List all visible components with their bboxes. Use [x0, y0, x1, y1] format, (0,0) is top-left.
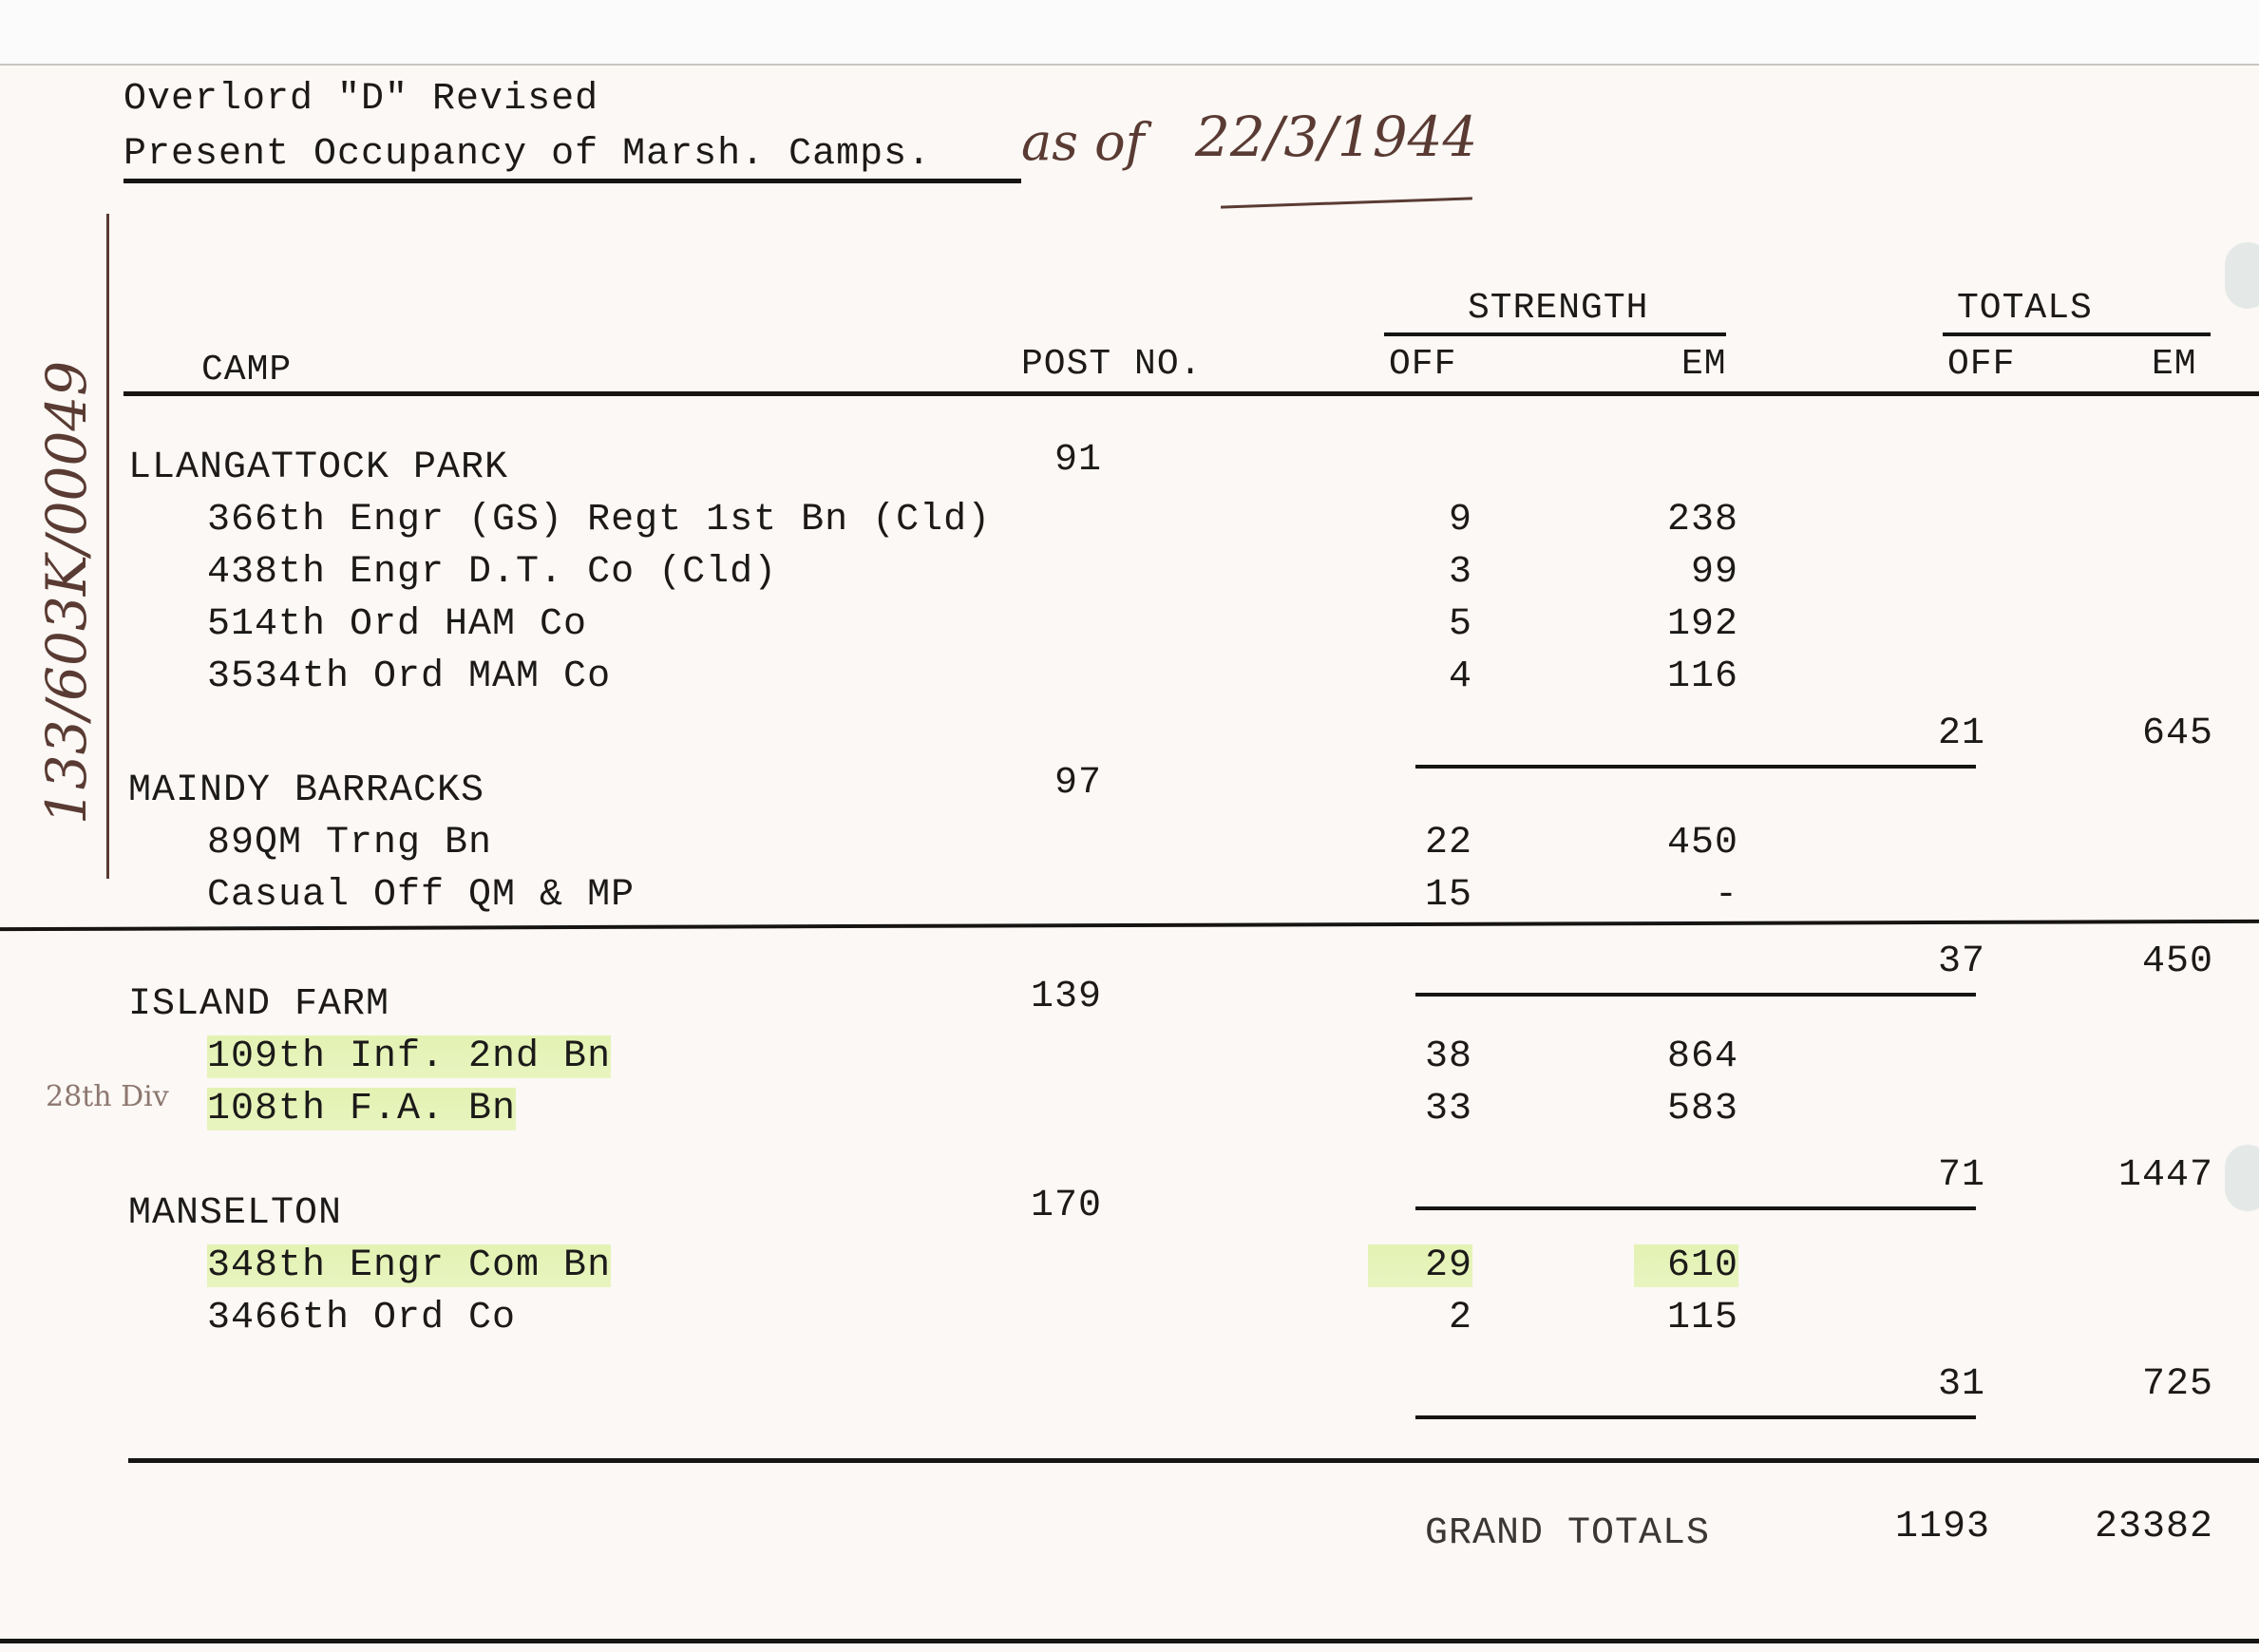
camp-post-no: 91	[988, 439, 1102, 482]
strength-underline	[1384, 332, 1726, 336]
unit-name: 108th F.A. Bn	[207, 1088, 516, 1130]
header-camp: CAMP	[201, 350, 292, 390]
camp-post-no: 170	[988, 1185, 1102, 1227]
unit-strength-em: 610	[1634, 1244, 1738, 1287]
unit-strength-off: 2	[1368, 1297, 1472, 1339]
totals-underline	[1943, 332, 2211, 336]
unit-name: 3534th Ord MAM Co	[207, 655, 611, 698]
subtotal-rule	[1415, 993, 1976, 997]
camp-name: ISLAND FARM	[128, 983, 389, 1026]
subtotal-rule	[1415, 765, 1976, 769]
unit-strength-em: 99	[1634, 551, 1738, 594]
unit-strength-off: 22	[1368, 822, 1472, 864]
unit-strength-em: 116	[1634, 655, 1738, 698]
grand-total-em: 23382	[2042, 1506, 2213, 1548]
bottom-rule	[0, 1639, 2259, 1643]
camp-name: LLANGATTOCK PARK	[128, 446, 508, 489]
unit-name: 366th Engr (GS) Regt 1st Bn (Cld)	[207, 499, 991, 541]
camp-total-em: 450	[2090, 940, 2213, 983]
unit-name: 438th Engr D.T. Co (Cld)	[207, 551, 777, 594]
hole-punch	[2225, 1145, 2259, 1211]
header-post-no: POST NO.	[1021, 344, 1202, 385]
camp-total-off: 31	[1871, 1363, 1985, 1406]
camp-total-off: 21	[1871, 712, 1985, 755]
unit-strength-off: 9	[1368, 499, 1472, 541]
document-subtitle: Present Occupancy of Marsh. Camps.	[123, 133, 931, 176]
unit-name: Casual Off QM & MP	[207, 874, 635, 917]
unit-name: 514th Ord HAM Co	[207, 603, 587, 646]
header-strength-em: EM	[1681, 344, 1727, 385]
header-rule	[123, 391, 2259, 396]
subtotal-rule	[1415, 1415, 1976, 1419]
title-underline	[123, 179, 1021, 183]
camp-total-em: 725	[2090, 1363, 2213, 1406]
camp-total-em: 645	[2090, 712, 2213, 755]
unit-name: 109th Inf. 2nd Bn	[207, 1035, 611, 1078]
camp-total-em: 1447	[2090, 1154, 2213, 1197]
unit-strength-em: 238	[1634, 499, 1738, 541]
margin-line	[106, 214, 109, 879]
header-totals-off: OFF	[1947, 344, 2015, 385]
unit-strength-em: -	[1634, 874, 1738, 917]
unit-strength-em: 192	[1634, 603, 1738, 646]
unit-strength-off: 5	[1368, 603, 1472, 646]
unit-strength-off: 4	[1368, 655, 1472, 698]
grand-totals-label: GRAND TOTALS	[1425, 1512, 1710, 1555]
camp-total-off: 37	[1871, 940, 1985, 983]
unit-strength-off: 3	[1368, 551, 1472, 594]
header-totals-em: EM	[2152, 344, 2197, 385]
header-strength-off: OFF	[1389, 344, 1456, 385]
unit-strength-off: 15	[1368, 874, 1472, 917]
unit-name: 3466th Ord Co	[207, 1297, 516, 1339]
unit-strength-em: 864	[1634, 1035, 1738, 1078]
unit-strength-em: 115	[1634, 1297, 1738, 1339]
subtotal-rule	[1415, 1206, 1976, 1210]
unit-name: 348th Engr Com Bn	[207, 1244, 611, 1287]
handwritten-as-of: as of	[1021, 112, 1145, 172]
camp-post-no: 97	[988, 762, 1102, 805]
header-totals: TOTALS	[1957, 288, 2093, 329]
handwritten-date: 22/3/1944	[1195, 104, 1477, 169]
unit-strength-off: 38	[1368, 1035, 1472, 1078]
camp-total-off: 71	[1871, 1154, 1985, 1197]
unit-strength-em: 583	[1634, 1088, 1738, 1130]
hole-punch	[2225, 242, 2259, 309]
header-strength: STRENGTH	[1468, 288, 1648, 329]
document-title: Overlord "D" Revised	[123, 78, 598, 121]
unit-strength-off: 33	[1368, 1088, 1472, 1130]
handwritten-file-reference: 133/603K/00049	[34, 260, 99, 925]
camp-name: MANSELTON	[128, 1192, 342, 1235]
camp-post-no: 139	[988, 976, 1102, 1018]
unit-strength-off: 29	[1368, 1244, 1472, 1287]
handwritten-division-note: 28th Div	[46, 1083, 169, 1111]
camp-name: MAINDY BARRACKS	[128, 769, 484, 812]
unit-name: 89QM Trng Bn	[207, 822, 492, 864]
grand-total-rule	[128, 1458, 2259, 1463]
unit-strength-em: 450	[1634, 822, 1738, 864]
grand-total-off: 1193	[1819, 1506, 1990, 1548]
